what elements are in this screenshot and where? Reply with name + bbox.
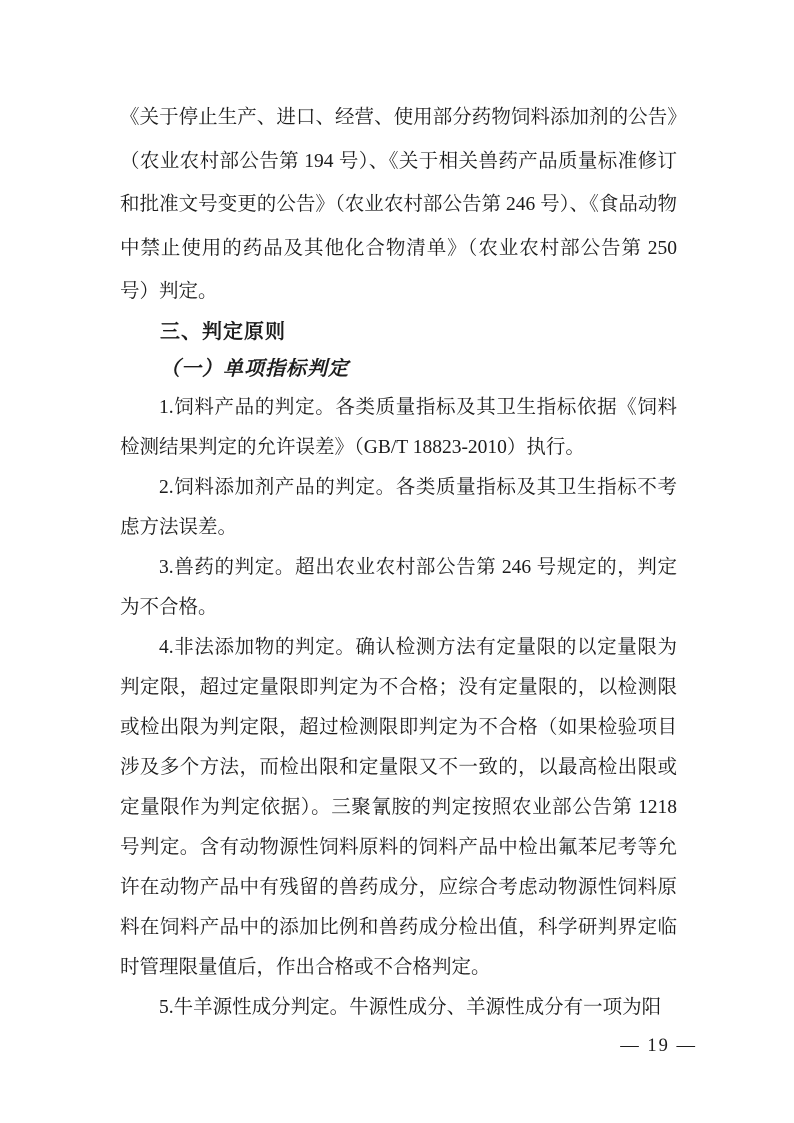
continuation-paragraph: 《关于停止生产、进口、经营、使用部分药物饲料添加剂的公告》（农业农村部公告第 1… xyxy=(120,96,677,314)
page-number: — 19 — xyxy=(620,1036,697,1057)
item-paragraph-2: 2.饲料添加剂产品的判定。各类质量指标及其卫生指标不考虑方法误差。 xyxy=(120,468,677,548)
document-page: 《关于停止生产、进口、经营、使用部分药物饲料添加剂的公告》（农业农村部公告第 1… xyxy=(0,0,794,1123)
item-paragraph-1: 1.饲料产品的判定。各类质量指标及其卫生指标依据《饲料检测结果判定的允许误差》（… xyxy=(120,388,677,468)
section-heading: 三、判定原则 xyxy=(120,314,677,351)
document-body: 《关于停止生产、进口、经营、使用部分药物饲料添加剂的公告》（农业农村部公告第 1… xyxy=(120,96,677,1028)
item-paragraph-5: 5.牛羊源性成分判定。牛源性成分、羊源性成分有一项为阳 xyxy=(120,988,677,1028)
item-paragraph-3: 3.兽药的判定。超出农业农村部公告第 246 号规定的，判定为不合格。 xyxy=(120,548,677,628)
subsection-heading: （一）单项指标判定 xyxy=(120,351,677,388)
item-paragraph-4: 4.非法添加物的判定。确认检测方法有定量限的以定量限为判定限，超过定量限即判定为… xyxy=(120,628,677,988)
